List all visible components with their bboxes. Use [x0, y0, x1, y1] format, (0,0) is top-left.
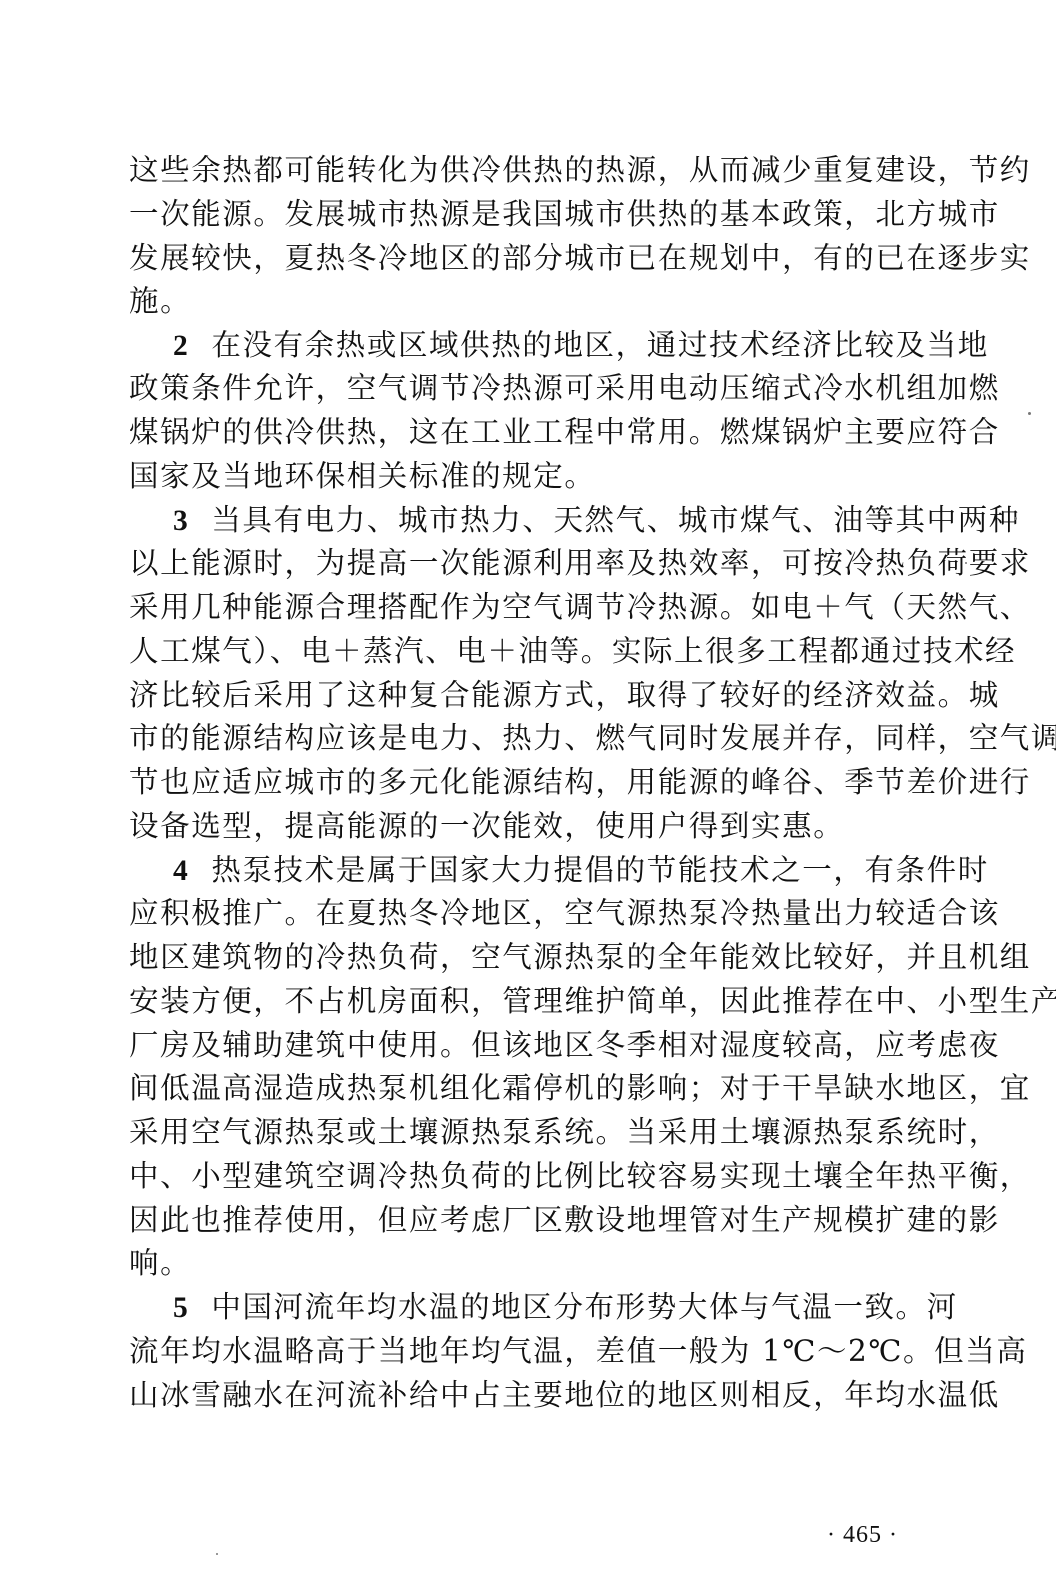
item-number: 3: [173, 505, 189, 537]
text-line: 济比较后采用了这种复合能源方式，取得了较好的经济效益。城: [129, 677, 937, 713]
text-line: 当具有电力、城市热力、天然气、城市煤气、油等其中两种: [211, 503, 1020, 537]
scan-speck: [1014, 517, 1017, 520]
text-line: 节也应适应城市的多元化能源结构，用能源的峰谷、季节差价进行: [129, 764, 937, 800]
paragraph-first-line: 2在没有余热或区域供热的地区，通过技术经济比较及当地: [129, 327, 937, 364]
text-line: 采用几种能源合理搭配作为空气调节冷热源。如电＋气（天然气、: [129, 589, 937, 625]
text-line: 施。: [129, 283, 937, 319]
text-line: 流年均水温略高于当地年均气温，差值一般为 1℃～2℃。但当高: [129, 1333, 937, 1369]
text-line: 在没有余热或区域供热的地区，通过技术经济比较及当地: [211, 328, 989, 362]
text-line: 热泵技术是属于国家大力提倡的节能技术之一，有条件时: [211, 853, 989, 887]
item-number: 2: [173, 330, 189, 362]
text-line: 响。: [129, 1245, 937, 1281]
text-line: 国家及当地环保相关标准的规定。: [129, 458, 937, 494]
text-line: 中国河流年均水温的地区分布形势大体与气温一致。河: [211, 1290, 957, 1324]
document-page: 这些余热都可能转化为供冷供热的热源，从而减少重复建设，节约 一次能源。发展城市热…: [0, 0, 1056, 1586]
text-line: 这些余热都可能转化为供冷供热的热源，从而减少重复建设，节约: [129, 152, 937, 188]
text-line: 采用空气源热泵或土壤源热泵系统。当采用土壤源热泵系统时，: [129, 1114, 937, 1150]
text-line: 政策条件允许，空气调节冷热源可采用电动压缩式冷水机组加燃: [129, 370, 937, 406]
page-number: · 465 ·: [827, 1522, 898, 1549]
text-line: 因此也推荐使用，但应考虑厂区敷设地埋管对生产规模扩建的影: [129, 1202, 937, 1238]
text-line: 中、小型建筑空调冷热负荷的比例比较容易实现土壤全年热平衡，: [129, 1158, 937, 1194]
paragraph-first-line: 5中国河流年均水温的地区分布形势大体与气温一致。河: [129, 1289, 937, 1326]
text-line: 安装方便，不占机房面积，管理维护简单，因此推荐在中、小型生产: [129, 983, 937, 1019]
text-line: 一次能源。发展城市热源是我国城市供热的基本政策，北方城市: [129, 196, 937, 232]
paragraph-first-line: 4热泵技术是属于国家大力提倡的节能技术之一，有条件时: [129, 852, 937, 889]
text-line: 设备选型，提高能源的一次能效，使用户得到实惠。: [129, 808, 937, 844]
text-line: 人工煤气）、电＋蒸汽、电＋油等。实际上很多工程都通过技术经: [129, 633, 937, 669]
text-line: 山冰雪融水在河流补给中占主要地位的地区则相反，年均水温低: [129, 1377, 937, 1413]
item-number: 4: [173, 855, 189, 887]
text-line: 地区建筑物的冷热负荷，空气源热泵的全年能效比较好，并且机组: [129, 939, 937, 975]
text-line: 发展较快，夏热冬冷地区的部分城市已在规划中，有的已在逐步实: [129, 240, 937, 276]
text-line: 市的能源结构应该是电力、热力、燃气同时发展并存，同样，空气调: [129, 720, 937, 756]
paragraph-first-line: 3当具有电力、城市热力、天然气、城市煤气、油等其中两种: [129, 502, 937, 539]
scan-speck: [216, 1553, 218, 1555]
text-line: 间低温高湿造成热泵机组化霜停机的影响；对于干旱缺水地区，宜: [129, 1070, 937, 1106]
scan-speck: [965, 562, 967, 564]
text-line: 厂房及辅助建筑中使用。但该地区冬季相对湿度较高，应考虑夜: [129, 1027, 937, 1063]
item-number: 5: [173, 1292, 189, 1324]
text-line: 应积极推广。在夏热冬冷地区，空气源热泵冷热量出力较适合该: [129, 895, 937, 931]
scan-speck: [1028, 412, 1031, 415]
text-line: 煤锅炉的供冷供热，这在工业工程中常用。燃煤锅炉主要应符合: [129, 414, 937, 450]
text-line: 以上能源时，为提高一次能源利用率及热效率，可按冷热负荷要求: [129, 545, 937, 581]
